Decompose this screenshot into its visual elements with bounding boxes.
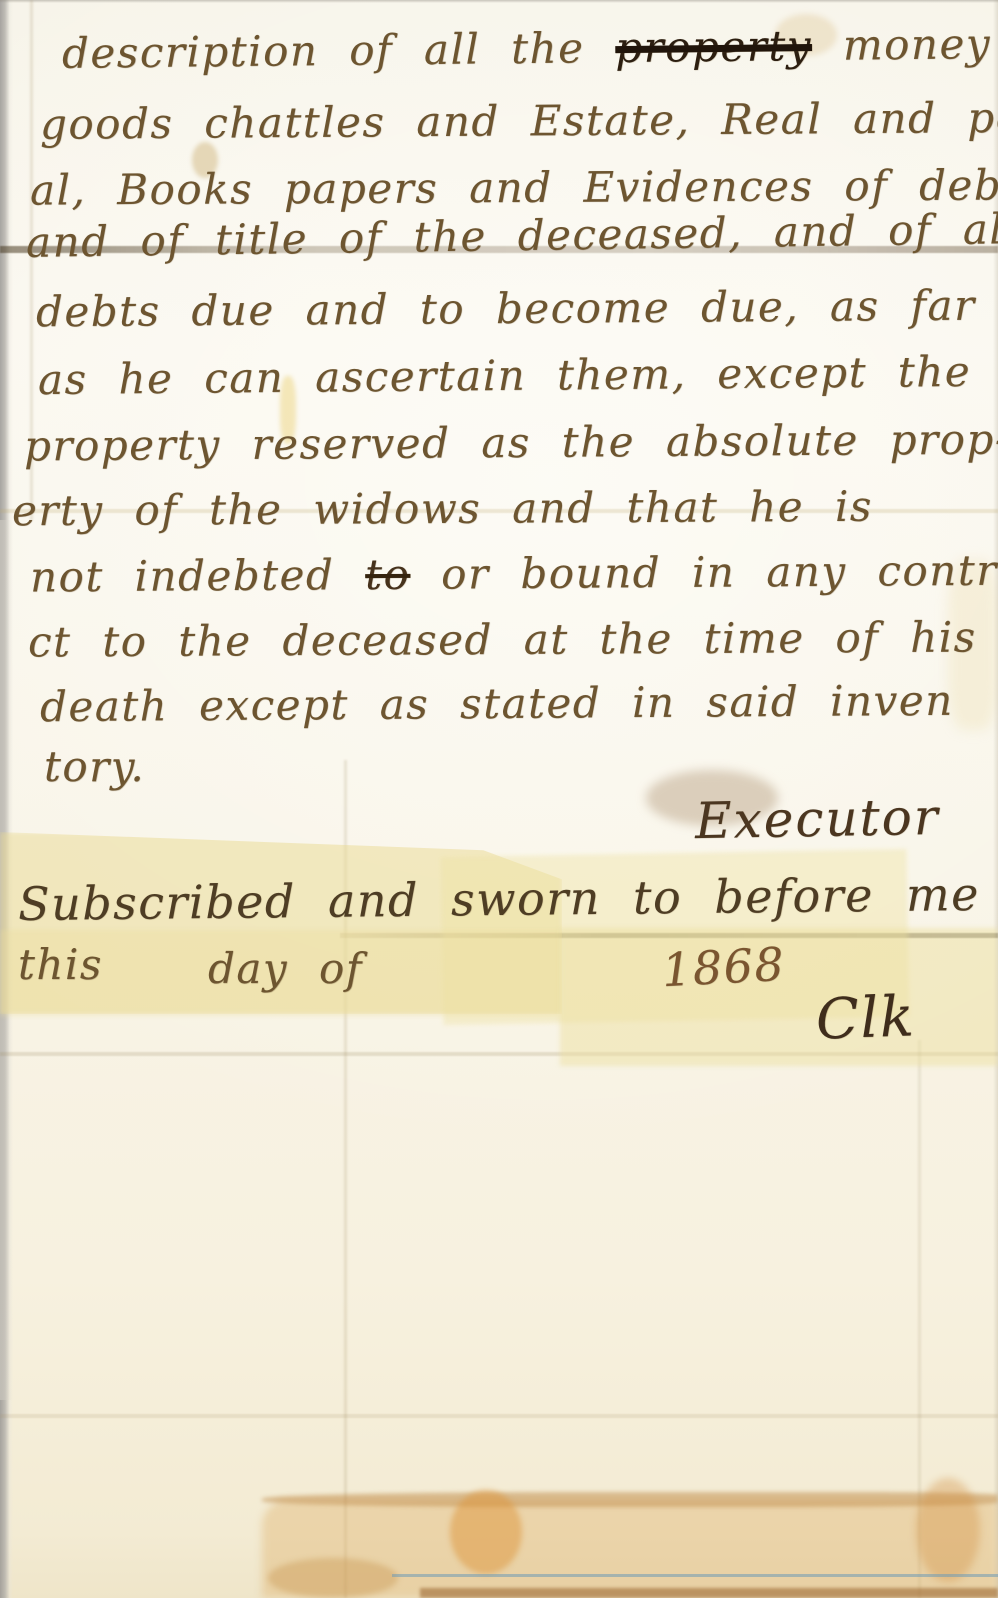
handwritten-line: as he can ascertain them, except the — [38, 347, 971, 404]
handwritten-line: debts due and to become due, as far — [36, 281, 976, 337]
strikethrough-word: to — [365, 550, 411, 599]
attestation-line: Subscribed and sworn to before me — [18, 867, 980, 931]
handwritten-line: description of all the property money — [62, 19, 992, 78]
scanned-document-page: description of all the property money go… — [0, 0, 998, 1598]
line-text: goods chattles and Estate, Real and pers… — [40, 92, 998, 149]
line-text: debts due and to become due, as far — [36, 281, 976, 337]
line-text: erty of the widows and that he is — [12, 482, 873, 536]
handwritten-line: tory. — [44, 742, 145, 791]
blue-ruled-line — [392, 1574, 998, 1577]
line-text: or bound in any contra — [410, 546, 998, 599]
water-stain-spot — [450, 1490, 522, 1574]
line-text: 1868 — [661, 937, 787, 997]
line-text: Clk — [815, 984, 916, 1052]
line-text: ct to the deceased at the time of his — [28, 613, 977, 667]
line-text: money — [812, 19, 992, 70]
date-line-year: 1868 — [661, 937, 787, 997]
line-text: not indebted — [30, 550, 365, 601]
water-stain-bottom-strip — [420, 1588, 998, 1598]
fold-crease — [0, 1414, 998, 1418]
date-line-day-of: day of — [208, 944, 363, 993]
strikethrough-word: property — [615, 21, 812, 72]
handwritten-line: death except as stated in said inven — [40, 676, 954, 731]
line-text: Subscribed and sworn to before me — [18, 867, 980, 931]
line-text: this — [18, 940, 103, 989]
date-line-this: this — [18, 940, 103, 989]
handwritten-line: property reserved as the absolute prop- — [24, 415, 998, 471]
water-stain-spot — [268, 1558, 398, 1598]
water-stain-edge — [262, 1492, 998, 1507]
executor-signature-label: Executor — [695, 788, 941, 850]
paper-edge-top — [0, 0, 998, 3]
handwritten-line: not indebted to or bound in any contra — [30, 546, 998, 602]
line-text: day of — [208, 944, 363, 993]
handwritten-line: ct to the deceased at the time of his — [28, 613, 977, 667]
line-text: property reserved as the absolute prop- — [24, 415, 998, 471]
line-text: tory. — [44, 742, 145, 791]
water-stain-spot — [916, 1478, 980, 1582]
clerk-abbreviation: Clk — [815, 984, 916, 1052]
line-text: description of all the — [62, 23, 616, 78]
handwritten-line: goods chattles and Estate, Real and pers… — [40, 92, 998, 149]
line-text: Executor — [695, 788, 941, 850]
line-text: death except as stated in said inven — [40, 676, 954, 731]
handwritten-line: erty of the widows and that he is — [12, 482, 873, 536]
line-text: as he can ascertain them, except the — [38, 347, 971, 404]
